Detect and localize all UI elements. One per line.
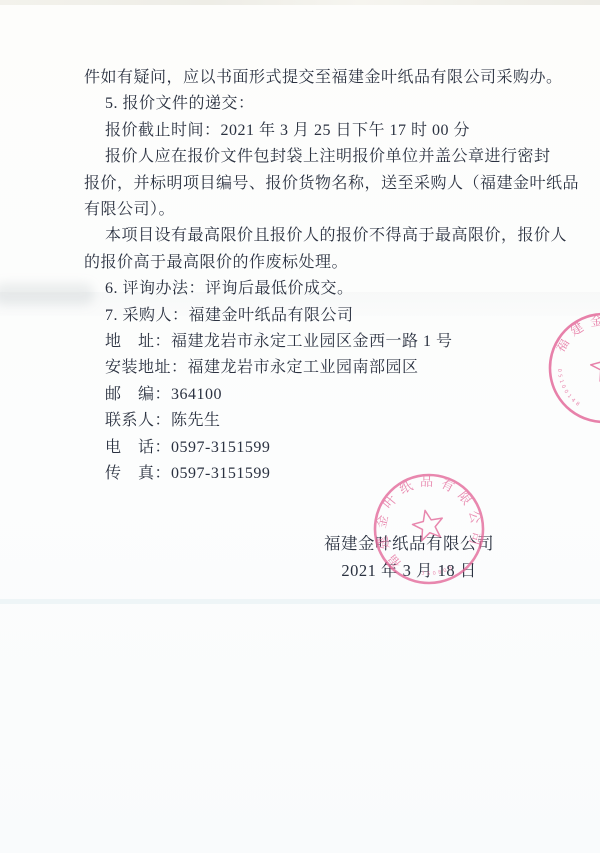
document-line: 报价截止时间：2021 年 3 月 25 日下午 17 时 00 分 [84,118,562,144]
document-line: 联系人：陈先生 [84,408,562,434]
document-line: 7. 采购人：福建金叶纸品有限公司 [84,303,562,329]
document-line: 本项目设有最高限价且报价人的报价不得高于最高限价，报价人 [84,223,562,249]
scan-edge-artifact [0,0,600,5]
scan-smudge-artifact [0,283,94,305]
document-line: 安装地址：福建龙岩市永定工业园南部园区 [84,355,562,381]
document-line: 6. 评询办法：评询后最低价成交。 [84,276,562,302]
document-line: 报价人应在报价文件包封袋上注明报价单位并盖公章进行密封 [84,144,562,170]
seal-code-text: 05100148 [551,366,584,412]
document-line: 有限公司）。 [84,197,562,223]
scan-band-artifact-lower [0,599,600,604]
seal-ring-text: 福建金叶纸品有限公司 [363,463,490,574]
document-body: 件如有疑问，应以书面形式提交至福建金叶纸品有限公司采购办。 5. 报价文件的递交… [84,65,562,488]
document-line: 5. 报价文件的递交： [84,91,562,117]
document-line: 报价，并标明项目编号、报价货物名称，送至采购人（福建金叶纸品 [84,171,562,197]
document-line: 电 话：0597-3151599 [84,435,562,461]
document-line: 的报价高于最高限价的作废标处理。 [84,250,562,276]
document-page: 件如有疑问，应以书面形式提交至福建金叶纸品有限公司采购办。 5. 报价文件的递交… [0,0,600,853]
document-line: 件如有疑问，应以书面形式提交至福建金叶纸品有限公司采购办。 [84,65,562,91]
document-line: 地 址：福建龙岩市永定工业园区金西一路 1 号 [84,329,562,355]
star-icon [410,507,446,542]
document-line: 传 真：0597-3151599 [84,461,562,487]
company-seal-stamp: 福建金叶纸品有限公司 350803 [358,458,500,600]
star-icon [588,345,600,386]
document-line: 邮 编：364100 [84,382,562,408]
